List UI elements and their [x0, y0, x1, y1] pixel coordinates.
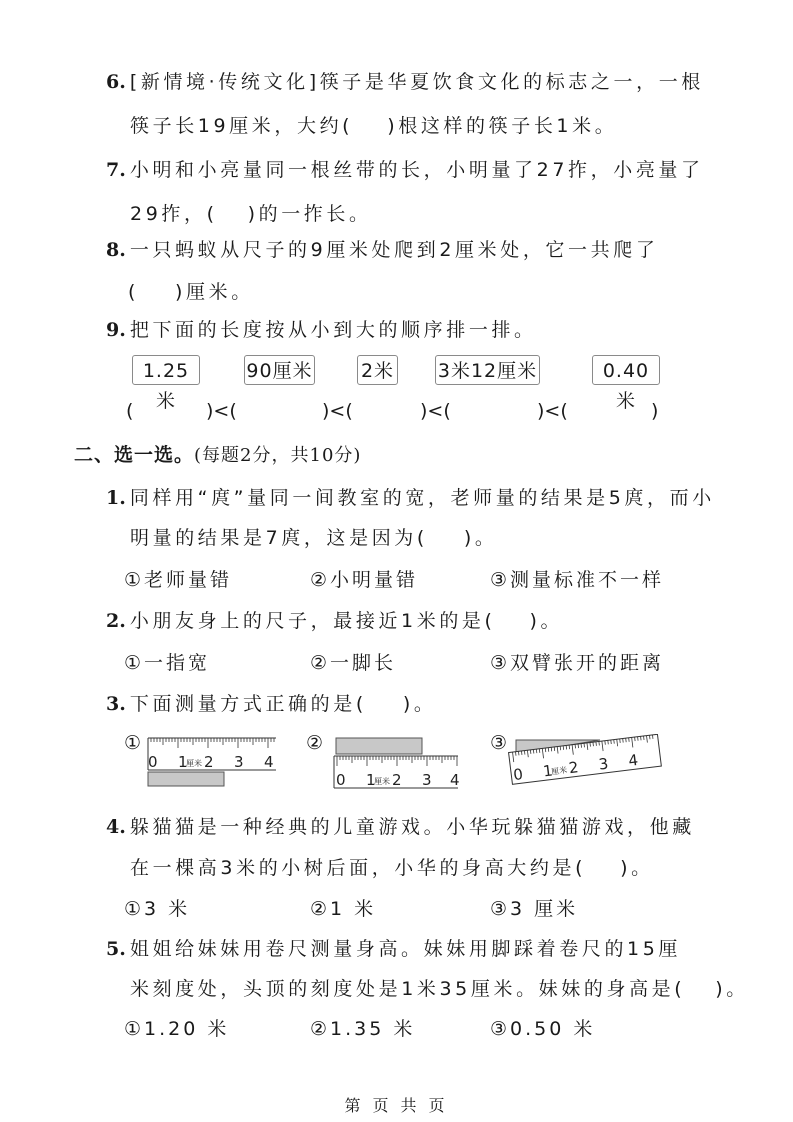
- ruler-with-object-below-icon: 0 1 厘米 2 3 4: [124, 734, 284, 794]
- svg-text:4: 4: [264, 753, 274, 771]
- svg-text:2: 2: [204, 753, 214, 771]
- order-paren: )<(: [206, 399, 237, 423]
- question-7-line2: 29拃，()的一拃长。: [130, 202, 372, 226]
- tilted-ruler-icon: 0 1 厘米 2 3 4: [490, 734, 670, 796]
- svg-text:厘米: 厘米: [551, 765, 568, 777]
- svg-text:2: 2: [392, 771, 402, 789]
- page-footer: 第页共页: [0, 1093, 793, 1116]
- option-3[interactable]: ③双臂张开的距离: [490, 651, 664, 675]
- order-paren: )<(: [537, 399, 568, 423]
- svg-text:厘米: 厘米: [186, 758, 202, 768]
- svg-text:0: 0: [148, 753, 158, 771]
- option-1[interactable]: ①一指宽: [124, 651, 210, 675]
- order-paren: (: [126, 399, 133, 423]
- question-8-line1: 8.一只蚂蚁从尺子的9厘米处爬到2厘米处，它一共爬了: [106, 238, 658, 262]
- order-blank-4[interactable]: [454, 399, 534, 423]
- svg-text:4: 4: [450, 771, 460, 789]
- order-paren: ): [651, 399, 658, 423]
- choice-question-5-line2: 米刻度处，头顶的刻度处是1米35厘米。妹妹的身高是()。: [130, 977, 749, 1001]
- option-2[interactable]: ②1.35 米: [310, 1017, 415, 1041]
- order-paren: )<(: [420, 399, 451, 423]
- length-box: 90厘米: [244, 355, 315, 385]
- svg-text:厘米: 厘米: [374, 776, 390, 786]
- option-2[interactable]: ②一脚长: [310, 651, 396, 675]
- question-7-line1: 7.小明和小亮量同一根丝带的长，小明量了27拃，小亮量了: [106, 158, 704, 182]
- length-box: 3米12厘米: [435, 355, 540, 385]
- order-blank-5[interactable]: [570, 399, 650, 423]
- option-1[interactable]: ①老师量错: [124, 568, 232, 592]
- section-2-heading: 二、选一选。(每题2分，共10分): [74, 443, 361, 468]
- option-3[interactable]: ③测量标准不一样: [490, 568, 664, 592]
- svg-text:3: 3: [234, 753, 244, 771]
- choice-question-3-line1: 3.下面测量方式正确的是()。: [106, 692, 436, 716]
- ruler-figure-3[interactable]: ③ 0 1 厘米 2 3 4: [490, 734, 670, 796]
- svg-text:0: 0: [336, 771, 346, 789]
- choice-question-4-line1: 4.躲猫猫是一种经典的儿童游戏。小华玩躲猫猫游戏，他藏: [106, 815, 695, 839]
- length-box: 2米: [357, 355, 398, 385]
- choice-question-1-line2: 明量的结果是7庹，这是因为()。: [130, 526, 498, 550]
- option-3[interactable]: ③0.50 米: [490, 1017, 595, 1041]
- order-blank-3[interactable]: [356, 399, 420, 423]
- option-1[interactable]: ①1.20 米: [124, 1017, 229, 1041]
- option-3[interactable]: ③3 厘米: [490, 897, 578, 921]
- length-box: 1.25米: [132, 355, 200, 385]
- choice-question-1-line1: 1.同样用“庹”量同一间教室的宽，老师量的结果是5庹，而小: [106, 486, 715, 510]
- choice-question-4-line2: 在一棵高3米的小树后面，小华的身高大约是()。: [130, 856, 654, 880]
- option-2[interactable]: ②小明量错: [310, 568, 418, 592]
- option-2[interactable]: ②1 米: [310, 897, 376, 921]
- question-6-line2: 筷子长19厘米，大约()根这样的筷子长1米。: [130, 114, 617, 138]
- option-1[interactable]: ①3 米: [124, 897, 190, 921]
- svg-text:3: 3: [422, 771, 432, 789]
- order-blank-1[interactable]: [136, 399, 206, 423]
- question-9-line1: 9.把下面的长度按从小到大的顺序排一排。: [106, 318, 537, 342]
- order-blank-2[interactable]: [240, 399, 320, 423]
- ruler-figure-1[interactable]: ① 0 1 厘米 2 3 4: [124, 734, 284, 794]
- question-8-line2: ()厘米。: [128, 280, 254, 304]
- ruler-figure-2[interactable]: ② 0 1 厘米 2 3 4: [306, 734, 466, 794]
- order-paren: )<(: [322, 399, 353, 423]
- question-6-line1: 6.[新情境·传统文化]筷子是华夏饮食文化的标志之一，一根: [106, 70, 704, 94]
- ruler-with-object-above-icon: 0 1 厘米 2 3 4: [306, 734, 466, 794]
- length-box: 0.40米: [592, 355, 660, 385]
- choice-question-2-line1: 2.小朋友身上的尺子，最接近1米的是()。: [106, 609, 563, 633]
- choice-question-5-line1: 5.姐姐给妹妹用卷尺测量身高。妹妹用脚踩着卷尺的15厘: [106, 937, 681, 961]
